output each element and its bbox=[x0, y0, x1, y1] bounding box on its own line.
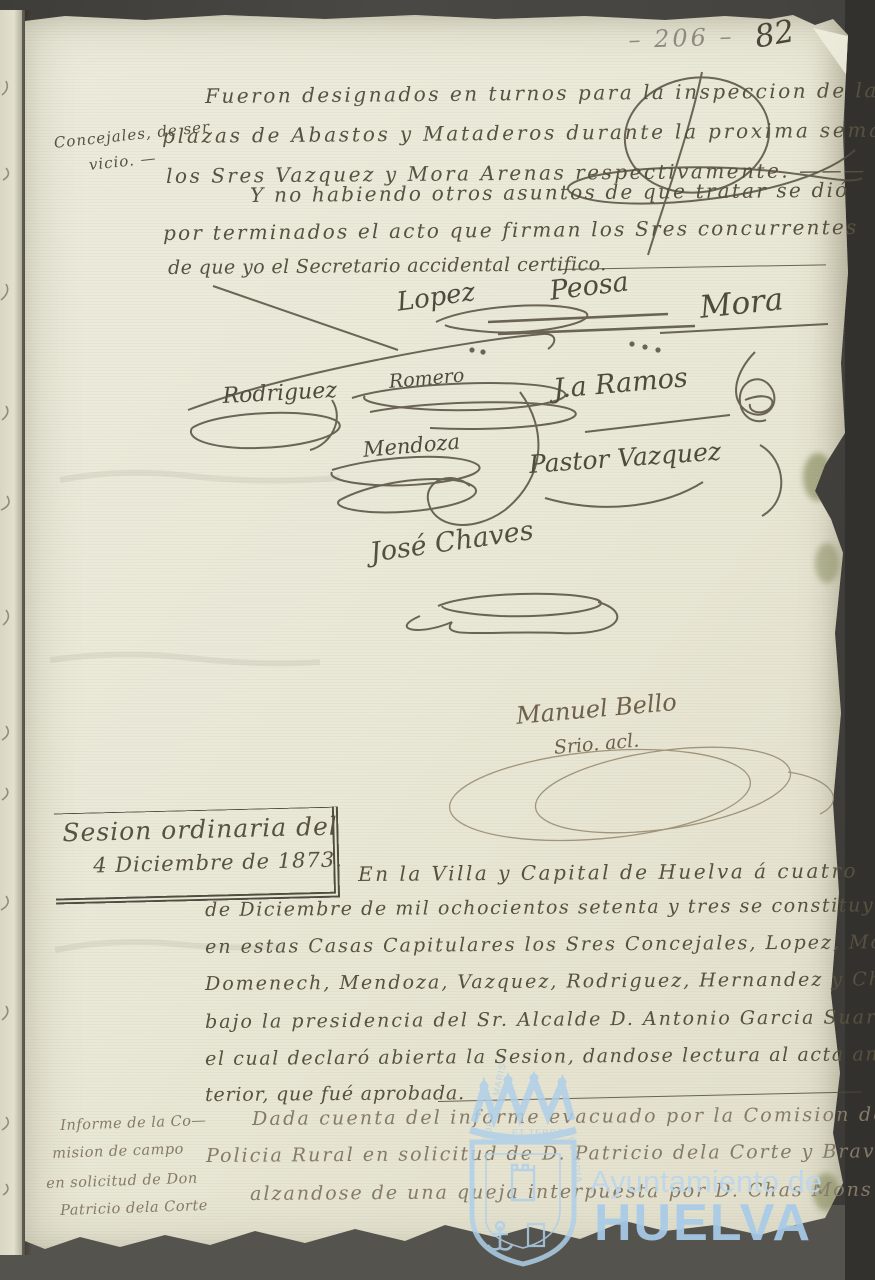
watermark-city-text: HUELVA bbox=[594, 1193, 812, 1253]
session-header-line1: Sesion ordinaria del bbox=[62, 812, 338, 848]
para3-line4: Domenech, Mendoza, Vazquez, Rodriguez, H… bbox=[205, 968, 875, 995]
para3-line5: bajo la presidencia del Sr. Alcalde D. A… bbox=[205, 1006, 875, 1033]
scanned-manuscript-page: – 206 – 82 Fueron designados en turnos p… bbox=[0, 0, 875, 1280]
para3-line3: en estas Casas Capitulares los Sres Conc… bbox=[205, 931, 875, 958]
page-number-pencil: – 206 – bbox=[628, 22, 735, 54]
para3-line7: terior, que fué aprobada. bbox=[205, 1082, 465, 1106]
para3-line6: el cual declaró abierta la Sesion, dando… bbox=[205, 1043, 875, 1070]
para3-line1: En la Villa y Capital de Huelva á cuatro bbox=[358, 859, 858, 886]
para3-line2: de Diciembre de mil ochocientos setenta … bbox=[205, 894, 875, 921]
scanner-background-right bbox=[845, 0, 875, 1280]
folio-number-ink: 82 bbox=[752, 13, 797, 55]
session-header-line2: 4 Diciembre de 1873. bbox=[93, 847, 343, 877]
edge-stain bbox=[803, 453, 833, 501]
para4-line1: Dada cuenta del informe evacuado por la … bbox=[252, 1104, 875, 1130]
edge-stain bbox=[815, 543, 839, 583]
para2-line3: de que yo el Secretario accidental certi… bbox=[168, 253, 607, 279]
session-header-box: Sesion ordinaria del 4 Diciembre de 1873… bbox=[54, 807, 340, 905]
para4-line2: Policia Rural en solicitud de D. Patrici… bbox=[206, 1140, 875, 1167]
